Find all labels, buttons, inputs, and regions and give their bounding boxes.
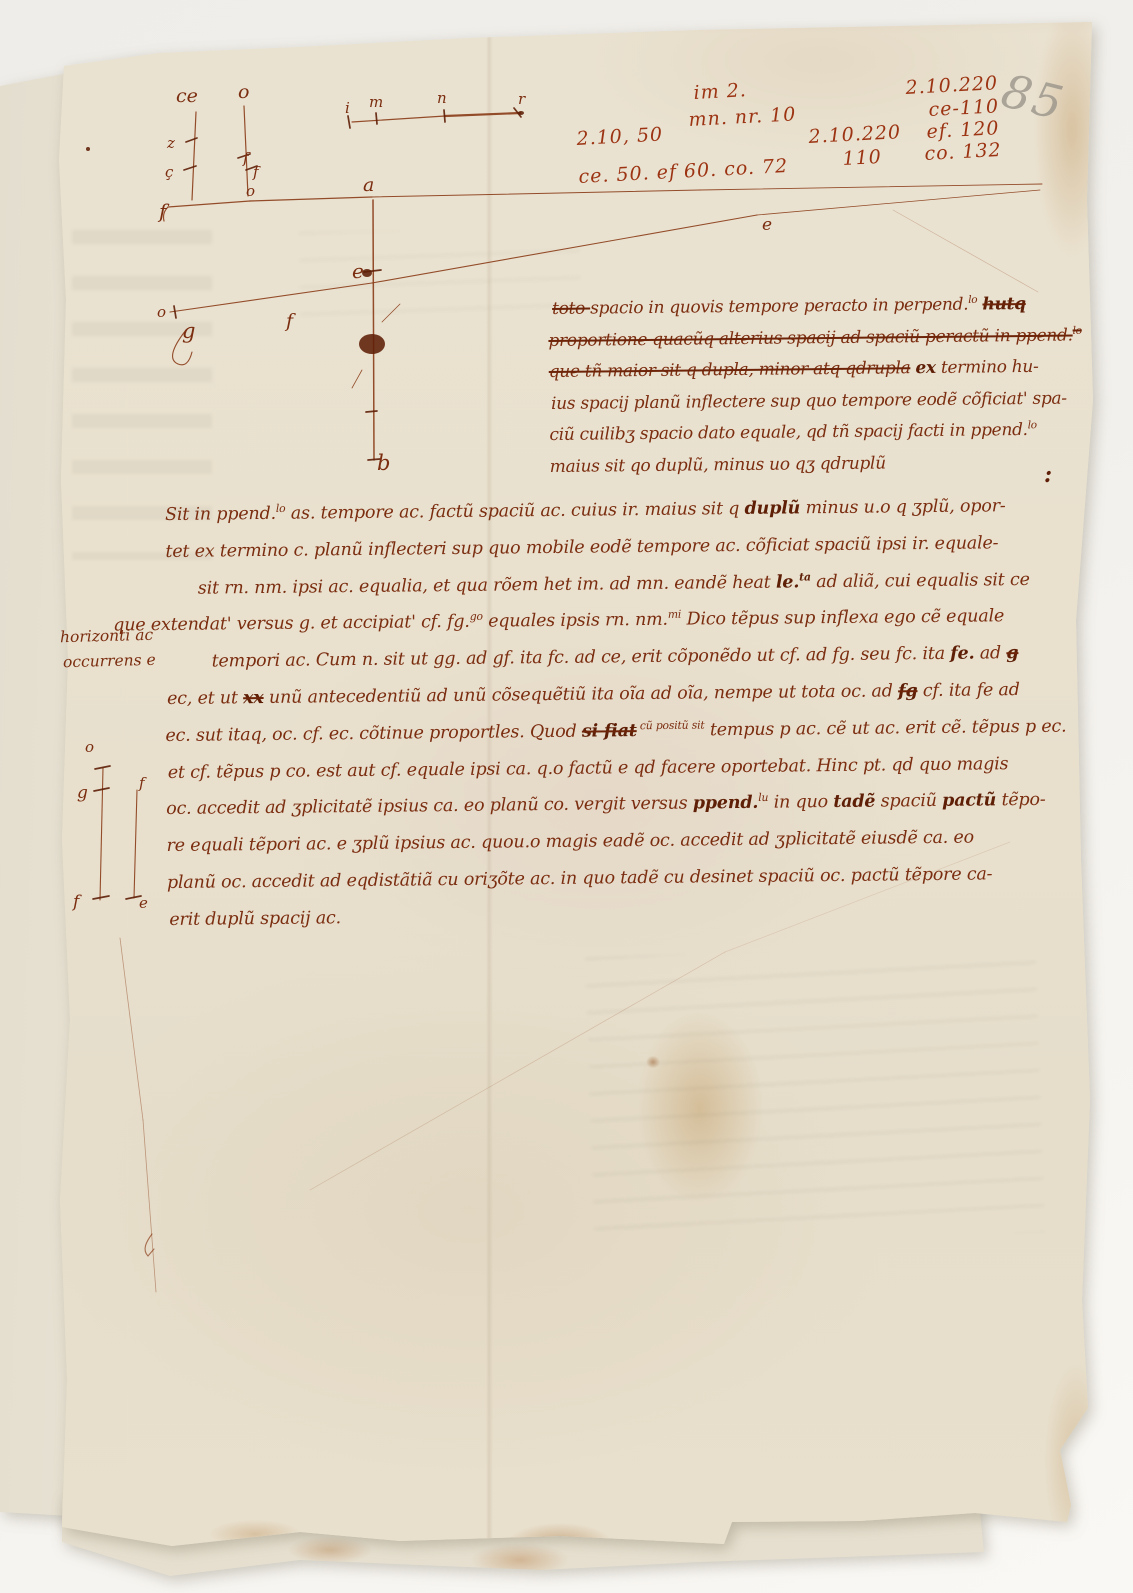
handwritten-text: mi [668, 608, 681, 621]
colon-mark: : [1044, 462, 1052, 488]
diagram-point-label: f [252, 163, 261, 181]
handwritten-text: que extendat' versus g. et accipiat' cf.… [113, 612, 470, 636]
diagram-line [373, 200, 374, 460]
diagram-point-label: g [77, 783, 88, 803]
diagram-line [310, 952, 725, 1190]
manuscript-line: erit duplũ spacij ac. [169, 908, 341, 930]
diagram-point-label: f [157, 199, 170, 223]
diagram-line [250, 197, 372, 201]
diagram-point-label: n [437, 89, 447, 107]
ink-blot [86, 147, 90, 151]
diagram-tick [93, 896, 109, 899]
diagram-line [700, 184, 1042, 190]
handwritten-text: cf. ita fe ad [917, 680, 1019, 701]
handwritten-text: ad [974, 643, 1006, 663]
diagram-point-label: r [518, 90, 526, 108]
handwritten-text: ta [799, 570, 811, 583]
diagram-point-label: e [352, 259, 364, 283]
diagram-line [100, 768, 103, 900]
handwritten-text: tempus p ac. cẽ ut ac. erit cẽ. tẽpus p … [704, 716, 1066, 740]
diagram-point-label: a [363, 174, 374, 196]
handwritten-text: maius sit qo duplũ, minus uo qʒ qdruplũ [550, 453, 886, 477]
calc-col-4: co. 132 [924, 139, 1002, 165]
diagram-line [757, 190, 1040, 215]
diagram-point-label: ce [176, 85, 198, 107]
ink-blot [359, 334, 385, 354]
manuscript-line: maius sit qo duplũ, minus uo qʒ qdruplũ [550, 453, 886, 477]
diagram-line [372, 215, 757, 283]
handwritten-text: ec, et ut [167, 688, 243, 709]
diagram-point-label: f [138, 774, 147, 792]
handwritten-text: cũ positũ sit [637, 718, 705, 732]
diagram-tick [376, 113, 377, 124]
handwritten-text: pactũ [942, 791, 996, 812]
handwritten-text: termino hu- [936, 357, 1039, 378]
manuscript-photo: ceozçffimnrfoaeeogfbogffe 85 im 2. mn. n… [0, 0, 1133, 1593]
calc-mid2: 110 [842, 146, 882, 170]
handwritten-text: fe. [950, 644, 974, 664]
diagram-tick [348, 116, 350, 128]
diagram-point-label: e [139, 894, 148, 912]
struck-text: que tñ maior sit q dupla, minor atq qdru… [549, 358, 911, 382]
diagram-line [143, 1120, 156, 1292]
diagram-point-label: o [238, 81, 249, 103]
struck-text: si fiat [582, 721, 637, 742]
handwritten-text: spacio in quovis tempore peracto in perp… [590, 295, 968, 319]
diagram-point-label: o [246, 182, 255, 200]
diagram-point-label: z [166, 134, 175, 152]
diagram-line [725, 842, 1010, 952]
diagram-point-label: o [85, 738, 94, 756]
handwritten-text: tẽpo- [996, 790, 1046, 811]
handwritten-text: go [470, 610, 483, 623]
diagram-line [352, 116, 445, 122]
handwritten-text: tadẽ [833, 792, 875, 812]
struck-text: fg [898, 681, 918, 701]
diagram-line [192, 112, 196, 200]
handwritten-text: erit duplũ spacij ac. [169, 908, 341, 930]
struck-text: g [1006, 643, 1018, 663]
diagram-point-label: ç [165, 163, 174, 181]
diagram-point-label: f [71, 892, 82, 912]
diagram-point-label: f [242, 149, 251, 167]
calc-left: 2.10, 50 [576, 123, 664, 150]
diagram-point-label: e [762, 215, 772, 235]
handwritten-text: duplũ [744, 498, 800, 519]
handwritten-text: in quo [768, 792, 833, 813]
diagram-tick [174, 306, 176, 318]
struck-text: hutq [982, 294, 1025, 314]
diagram-line [893, 210, 1038, 292]
handwritten-text: Dico tẽpus sup inflexa ego cẽ equale [681, 607, 1004, 630]
diagram-line [352, 370, 362, 388]
handwritten-text: equales ipsis rn. nm. [483, 610, 668, 632]
diagram-tick [366, 411, 377, 412]
diagram-point-label: i [345, 99, 350, 117]
diagram-line [170, 283, 372, 312]
diagram-tick [444, 110, 445, 122]
diagram-point-label: b [377, 451, 390, 475]
calc-im: im 2. [693, 79, 747, 104]
handwritten-text: spaciũ [875, 791, 942, 812]
diagram-line [134, 790, 137, 898]
handwritten-text: ad aliã, cui equalis sit ce [811, 570, 1030, 592]
diagram-line [168, 201, 250, 207]
struck-text: lo [1073, 324, 1082, 336]
diagram-tick [94, 788, 109, 791]
diagram-point-label: g [182, 319, 195, 343]
handwritten-text: ppend. [693, 793, 759, 814]
diagram-line [372, 190, 700, 197]
diagram-line [382, 304, 400, 322]
handwritten-text: minus u.o q ʒplũ, opor- [800, 496, 1006, 518]
struck-text: toto [552, 299, 590, 319]
struck-text: xx [243, 688, 264, 708]
diagram-tick [186, 138, 197, 142]
margin-note-line2: occurrens e [63, 651, 156, 671]
diagram-point-label: m [369, 93, 383, 111]
handwritten-text: le. [776, 572, 799, 592]
diagram-tick [184, 166, 196, 170]
ink-blot [518, 111, 524, 115]
diagram-point-label: f [284, 310, 296, 332]
handwritten-text: ex [915, 358, 936, 378]
handwritten-text: lo [1028, 419, 1037, 431]
handwritten-text: Sit in ppend. [165, 504, 276, 525]
handwritten-text: lu [758, 791, 768, 804]
handwritten-text: lo [968, 294, 977, 306]
diagram-line [445, 113, 520, 116]
diagram-point-label: o [157, 303, 166, 321]
diagram-line [120, 938, 143, 1120]
